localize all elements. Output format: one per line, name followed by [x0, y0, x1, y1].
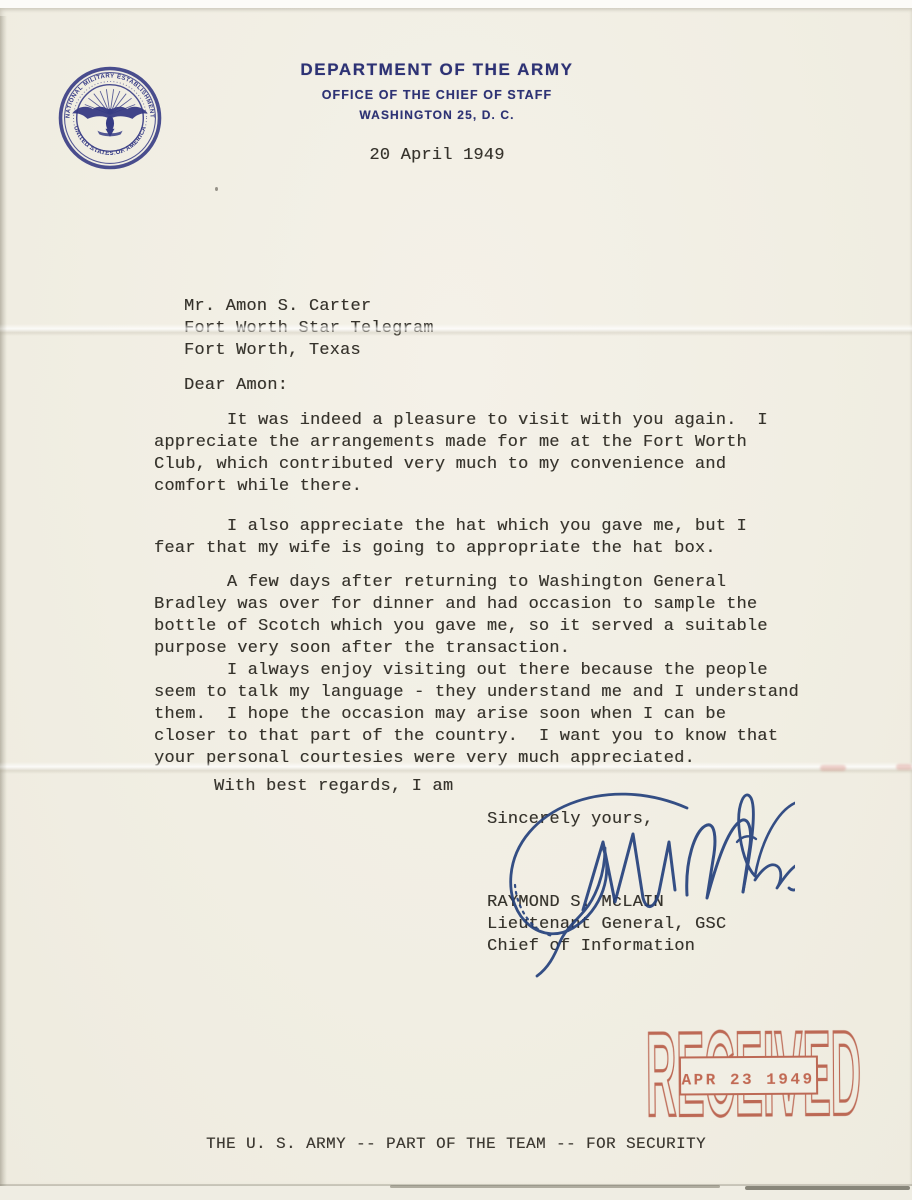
national-military-establishment-seal-icon: NATIONAL MILITARY ESTABLISHMENT UNITED S…	[56, 58, 164, 178]
ink-smudge	[820, 765, 846, 771]
signature-ink	[455, 780, 795, 985]
fold-crease-top	[0, 324, 912, 336]
body-paragraph-4: I always enjoy visiting out there becaus…	[154, 660, 834, 770]
letter-paper: NATIONAL MILITARY ESTABLISHMENT UNITED S…	[0, 8, 912, 1186]
scanned-letter: NATIONAL MILITARY ESTABLISHMENT UNITED S…	[0, 0, 912, 1200]
ink-smudge	[896, 764, 912, 770]
paper-edge-shadow	[390, 1185, 720, 1188]
letterhead-department: DEPARTMENT OF THE ARMY	[252, 60, 622, 80]
letterhead: DEPARTMENT OF THE ARMY OFFICE OF THE CHI…	[252, 60, 622, 165]
paper-speck	[215, 187, 218, 191]
received-stamp-date: APR 23 1949	[681, 1071, 814, 1090]
body-paragraph-1: It was indeed a pleasure to visit with y…	[154, 410, 814, 498]
recipient-address: Mr. Amon S. Carter Fort Worth Star Teleg…	[184, 296, 434, 362]
footer-slogan: THE U. S. ARMY -- PART OF THE TEAM -- FO…	[0, 1134, 912, 1154]
closing-line: With best regards, I am	[214, 776, 453, 798]
body-paragraph-2: I also appreciate the hat which you gave…	[154, 516, 814, 560]
letterhead-office: OFFICE OF THE CHIEF OF STAFF	[252, 88, 622, 102]
letterhead-city: WASHINGTON 25, D. C.	[252, 108, 622, 122]
paper-edge-left	[0, 16, 7, 1194]
body-paragraph-3: A few days after returning to Washington…	[154, 572, 814, 660]
letter-date: 20 April 1949	[252, 146, 622, 165]
paper-edge-shadow	[745, 1186, 910, 1190]
seal-eagle	[72, 107, 148, 137]
received-stamp: RECEIVED APR 23 1949	[640, 1021, 868, 1119]
salutation: Dear Amon:	[184, 375, 288, 397]
